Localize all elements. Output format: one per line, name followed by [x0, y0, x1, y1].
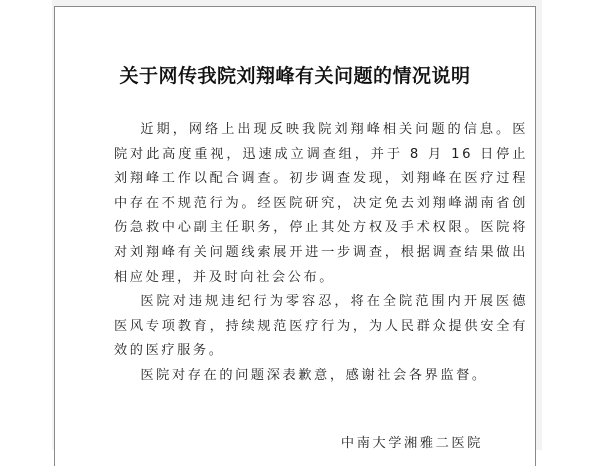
document-body: 近期，网络上出现反映我院刘翔峰相关问题的信息。医院对此高度重视，迅速成立调查组，…: [114, 118, 528, 389]
paragraph-1: 近期，网络上出现反映我院刘翔峰相关问题的信息。医院对此高度重视，迅速成立调查组，…: [114, 118, 528, 290]
paragraph-2: 医院对违规违纪行为零容忍，将在全院范围内开展医德医风专项教育，持续规范医疗行为，…: [114, 290, 528, 364]
document-viewer: 关于网传我院刘翔峰有关问题的情况说明 近期，网络上出现反映我院刘翔峰相关问题的信…: [0, 0, 600, 450]
document-page: 关于网传我院刘翔峰有关问题的情况说明 近期，网络上出现反映我院刘翔峰相关问题的信…: [54, 6, 536, 450]
paragraph-3: 医院对存在的问题深表歉意，感谢社会各界监督。: [114, 364, 528, 389]
signature: 中南大学湘雅二医院: [341, 432, 483, 450]
document-title: 关于网传我院刘翔峰有关问题的情况说明: [55, 61, 535, 88]
